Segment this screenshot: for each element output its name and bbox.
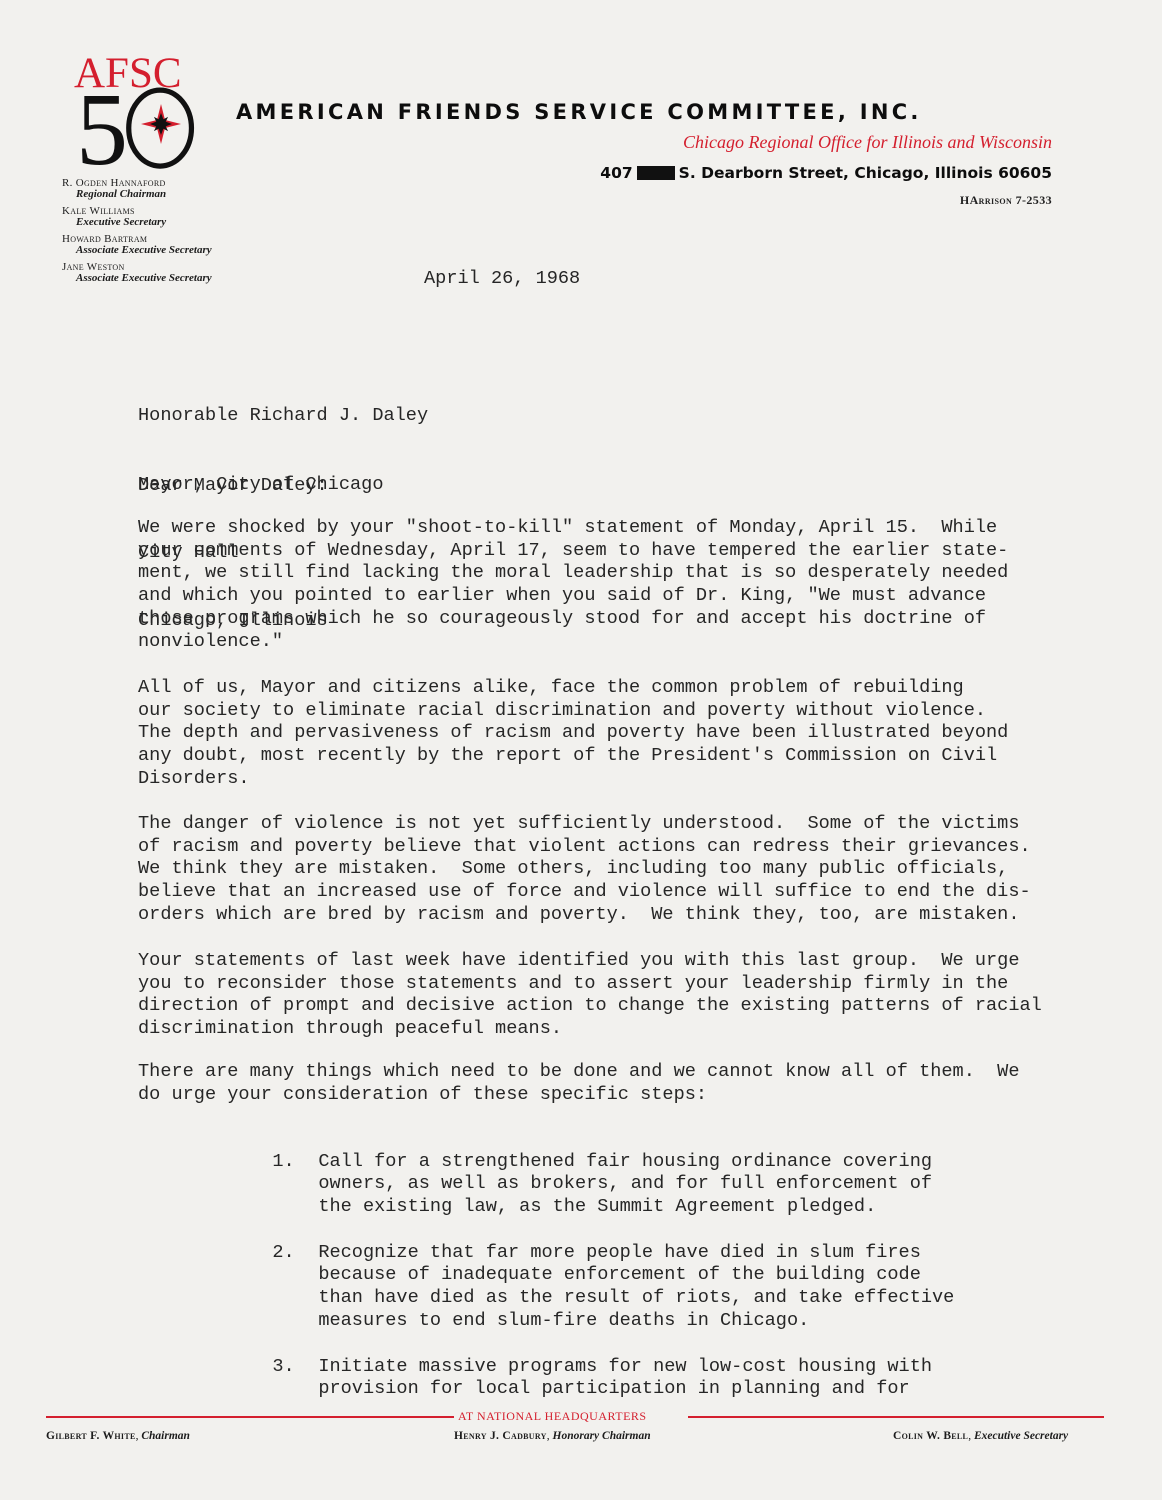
national-officer-role: Honorary Chairman — [553, 1430, 651, 1442]
officer-entry: Jane Weston Associate Executive Secretar… — [62, 262, 212, 284]
paragraph: There are many things which need to be d… — [138, 1061, 1020, 1106]
step-item: 2.Recognize that far more people have di… — [250, 1219, 954, 1333]
officer-title: Associate Executive Secretary — [62, 245, 212, 256]
step-text: Recognize that far more people have died… — [318, 1242, 954, 1333]
national-officer: Colin W. Bell, Executive Secretary — [893, 1430, 1068, 1442]
national-officer-role: Executive Secretary — [974, 1430, 1068, 1442]
salutation: Dear Mayor Daley: — [138, 475, 328, 498]
paragraph: All of us, Mayor and citizens alike, fac… — [138, 677, 1008, 791]
national-officer-name: Colin W. Bell — [893, 1430, 968, 1442]
compass-star-icon — [140, 103, 182, 145]
step-number: 3. — [272, 1356, 318, 1379]
national-officer: Henry J. Cadbury, Honorary Chairman — [454, 1430, 651, 1442]
address-line: Honorable Richard J. Daley — [138, 405, 428, 428]
officer-title: Associate Executive Secretary — [62, 273, 212, 284]
national-headquarters-label: AT NATIONAL HEADQUARTERS — [458, 1409, 647, 1424]
regional-office-subtitle: Chicago Regional Office for Illinois and… — [683, 132, 1052, 153]
redaction-mark — [637, 166, 675, 180]
footer-divider — [688, 1416, 1104, 1418]
regional-officers: R. Ogden Hannaford Regional Chairman Kal… — [62, 178, 212, 290]
step-number: 1. — [272, 1151, 318, 1174]
national-officer-name: Henry J. Cadbury — [454, 1430, 547, 1442]
organization-name: AMERICAN FRIENDS SERVICE COMMITTEE, INC. — [236, 100, 922, 124]
step-text: Initiate massive programs for new low-co… — [318, 1356, 932, 1401]
paragraph: The danger of violence is not yet suffic… — [138, 813, 1031, 927]
step-number: 2. — [272, 1242, 318, 1265]
officer-title: Executive Secretary — [62, 217, 212, 228]
paragraph: Your statements of last week have identi… — [138, 950, 1042, 1041]
afsc-50-logo: 50 — [76, 84, 216, 176]
paragraph: We were shocked by your "shoot-to-kill" … — [138, 517, 1008, 653]
national-officer-role: Chairman — [141, 1430, 190, 1442]
letter-date: April 26, 1968 — [424, 268, 580, 291]
footer-divider — [46, 1416, 454, 1418]
office-phone: HArrison 7-2533 — [960, 193, 1052, 208]
officer-entry: R. Ogden Hannaford Regional Chairman — [62, 178, 212, 200]
address-street: S. Dearborn Street, Chicago, Illinois 60… — [679, 164, 1052, 182]
officer-entry: Kale Williams Executive Secretary — [62, 206, 212, 228]
address-number: 407 — [600, 164, 632, 182]
national-officer: Gilbert F. White, Chairman — [46, 1430, 190, 1442]
step-text: Call for a strengthened fair housing ord… — [318, 1151, 932, 1219]
national-officer-name: Gilbert F. White — [46, 1430, 136, 1442]
officer-title: Regional Chairman — [62, 189, 212, 200]
officer-entry: Howard Bartram Associate Executive Secre… — [62, 234, 212, 256]
office-address: 407S. Dearborn Street, Chicago, Illinois… — [600, 164, 1052, 182]
step-item: 1.Call for a strengthened fair housing o… — [250, 1128, 932, 1219]
step-item: 3.Initiate massive programs for new low-… — [250, 1333, 932, 1401]
